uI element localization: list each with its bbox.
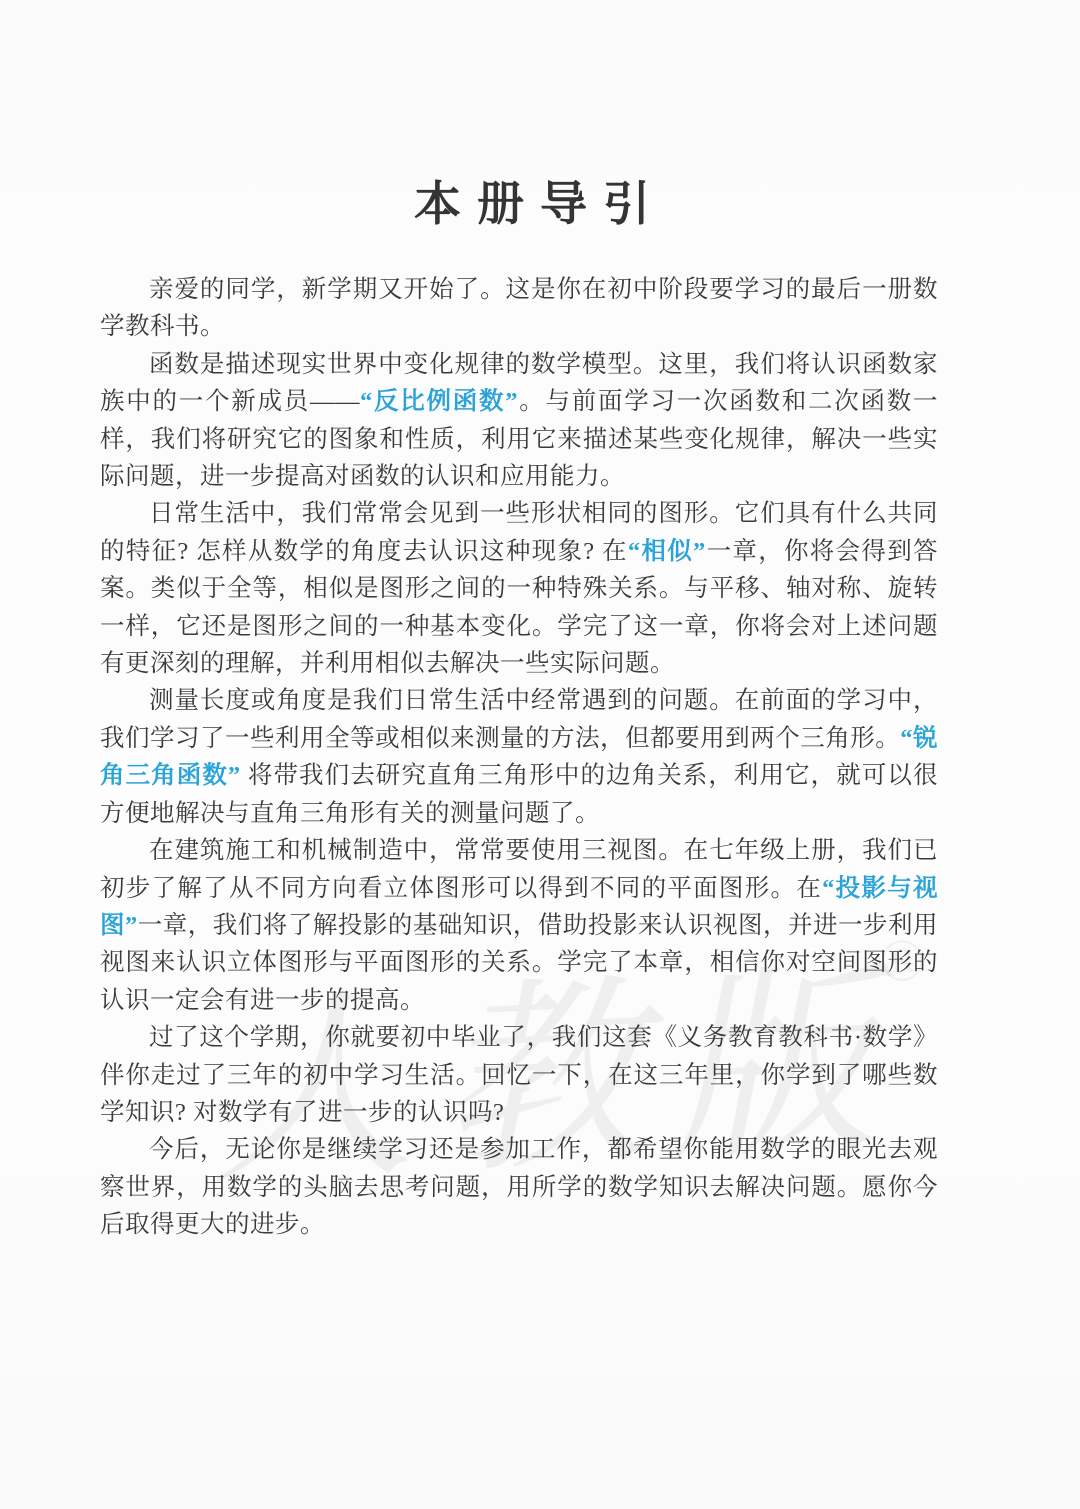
paragraph-similarity: 日常生活中，我们常常会见到一些形状相同的图形。它们具有什么共同的特征? 怎样从数…	[100, 495, 938, 682]
text-run: 测量长度或角度是我们日常生活中经常遇到的问题。在前面的学习中，我们学习了一些利用…	[100, 687, 938, 751]
paragraph-acute-trigonometric-functions: 测量长度或角度是我们日常生活中经常遇到的问题。在前面的学习中，我们学习了一些利用…	[100, 682, 938, 832]
page-title: 本册导引	[0, 167, 1080, 234]
paragraph-projection-and-views: 在建筑施工和机械制造中，常常要使用三视图。在七年级上册，我们已初步了解了从不同方…	[100, 832, 938, 1019]
text-run: 今后，无论你是继续学习还是参加工作，都希望你能用数学的眼光去观察世界，用数学的头…	[100, 1136, 938, 1238]
paragraph-graduation: 过了这个学期，你就要初中毕业了，我们这套《义务教育教科书·数学》伴你走过了三年的…	[100, 1019, 938, 1131]
paragraph-inverse-proportion-function: 函数是描述现实世界中变化规律的数学模型。这里，我们将认识函数家族中的一个新成员—…	[100, 346, 938, 496]
paragraph-intro: 亲爱的同学，新学期又开始了。这是你在初中阶段要学习的最后一册数学教科书。	[100, 271, 938, 346]
text-run: 过了这个学期，你就要初中毕业了，我们这套《义务教育教科书·数学》伴你走过了三年的…	[100, 1024, 938, 1126]
highlight-term-inverse-proportion-function: “反比例函数”	[360, 388, 518, 415]
text-run: 在建筑施工和机械制造中，常常要使用三视图。在七年级上册，我们已初步了解了从不同方…	[100, 837, 938, 901]
text-run: 亲爱的同学，新学期又开始了。这是你在初中阶段要学习的最后一册数学教科书。	[100, 276, 938, 340]
text-run: 一章，我们将了解投影的基础知识，借助投影来认识视图，并进一步利用视图来认识立体图…	[100, 912, 938, 1014]
highlight-term-similarity: “相似”	[628, 538, 706, 565]
textbook-page: 人教版® 本册导引 亲爱的同学，新学期又开始了。这是你在初中阶段要学习的最后一册…	[0, 0, 1080, 1509]
paragraph-closing: 今后，无论你是继续学习还是参加工作，都希望你能用数学的眼光去观察世界，用数学的头…	[100, 1131, 938, 1243]
page-body: 亲爱的同学，新学期又开始了。这是你在初中阶段要学习的最后一册数学教科书。 函数是…	[100, 271, 938, 1244]
